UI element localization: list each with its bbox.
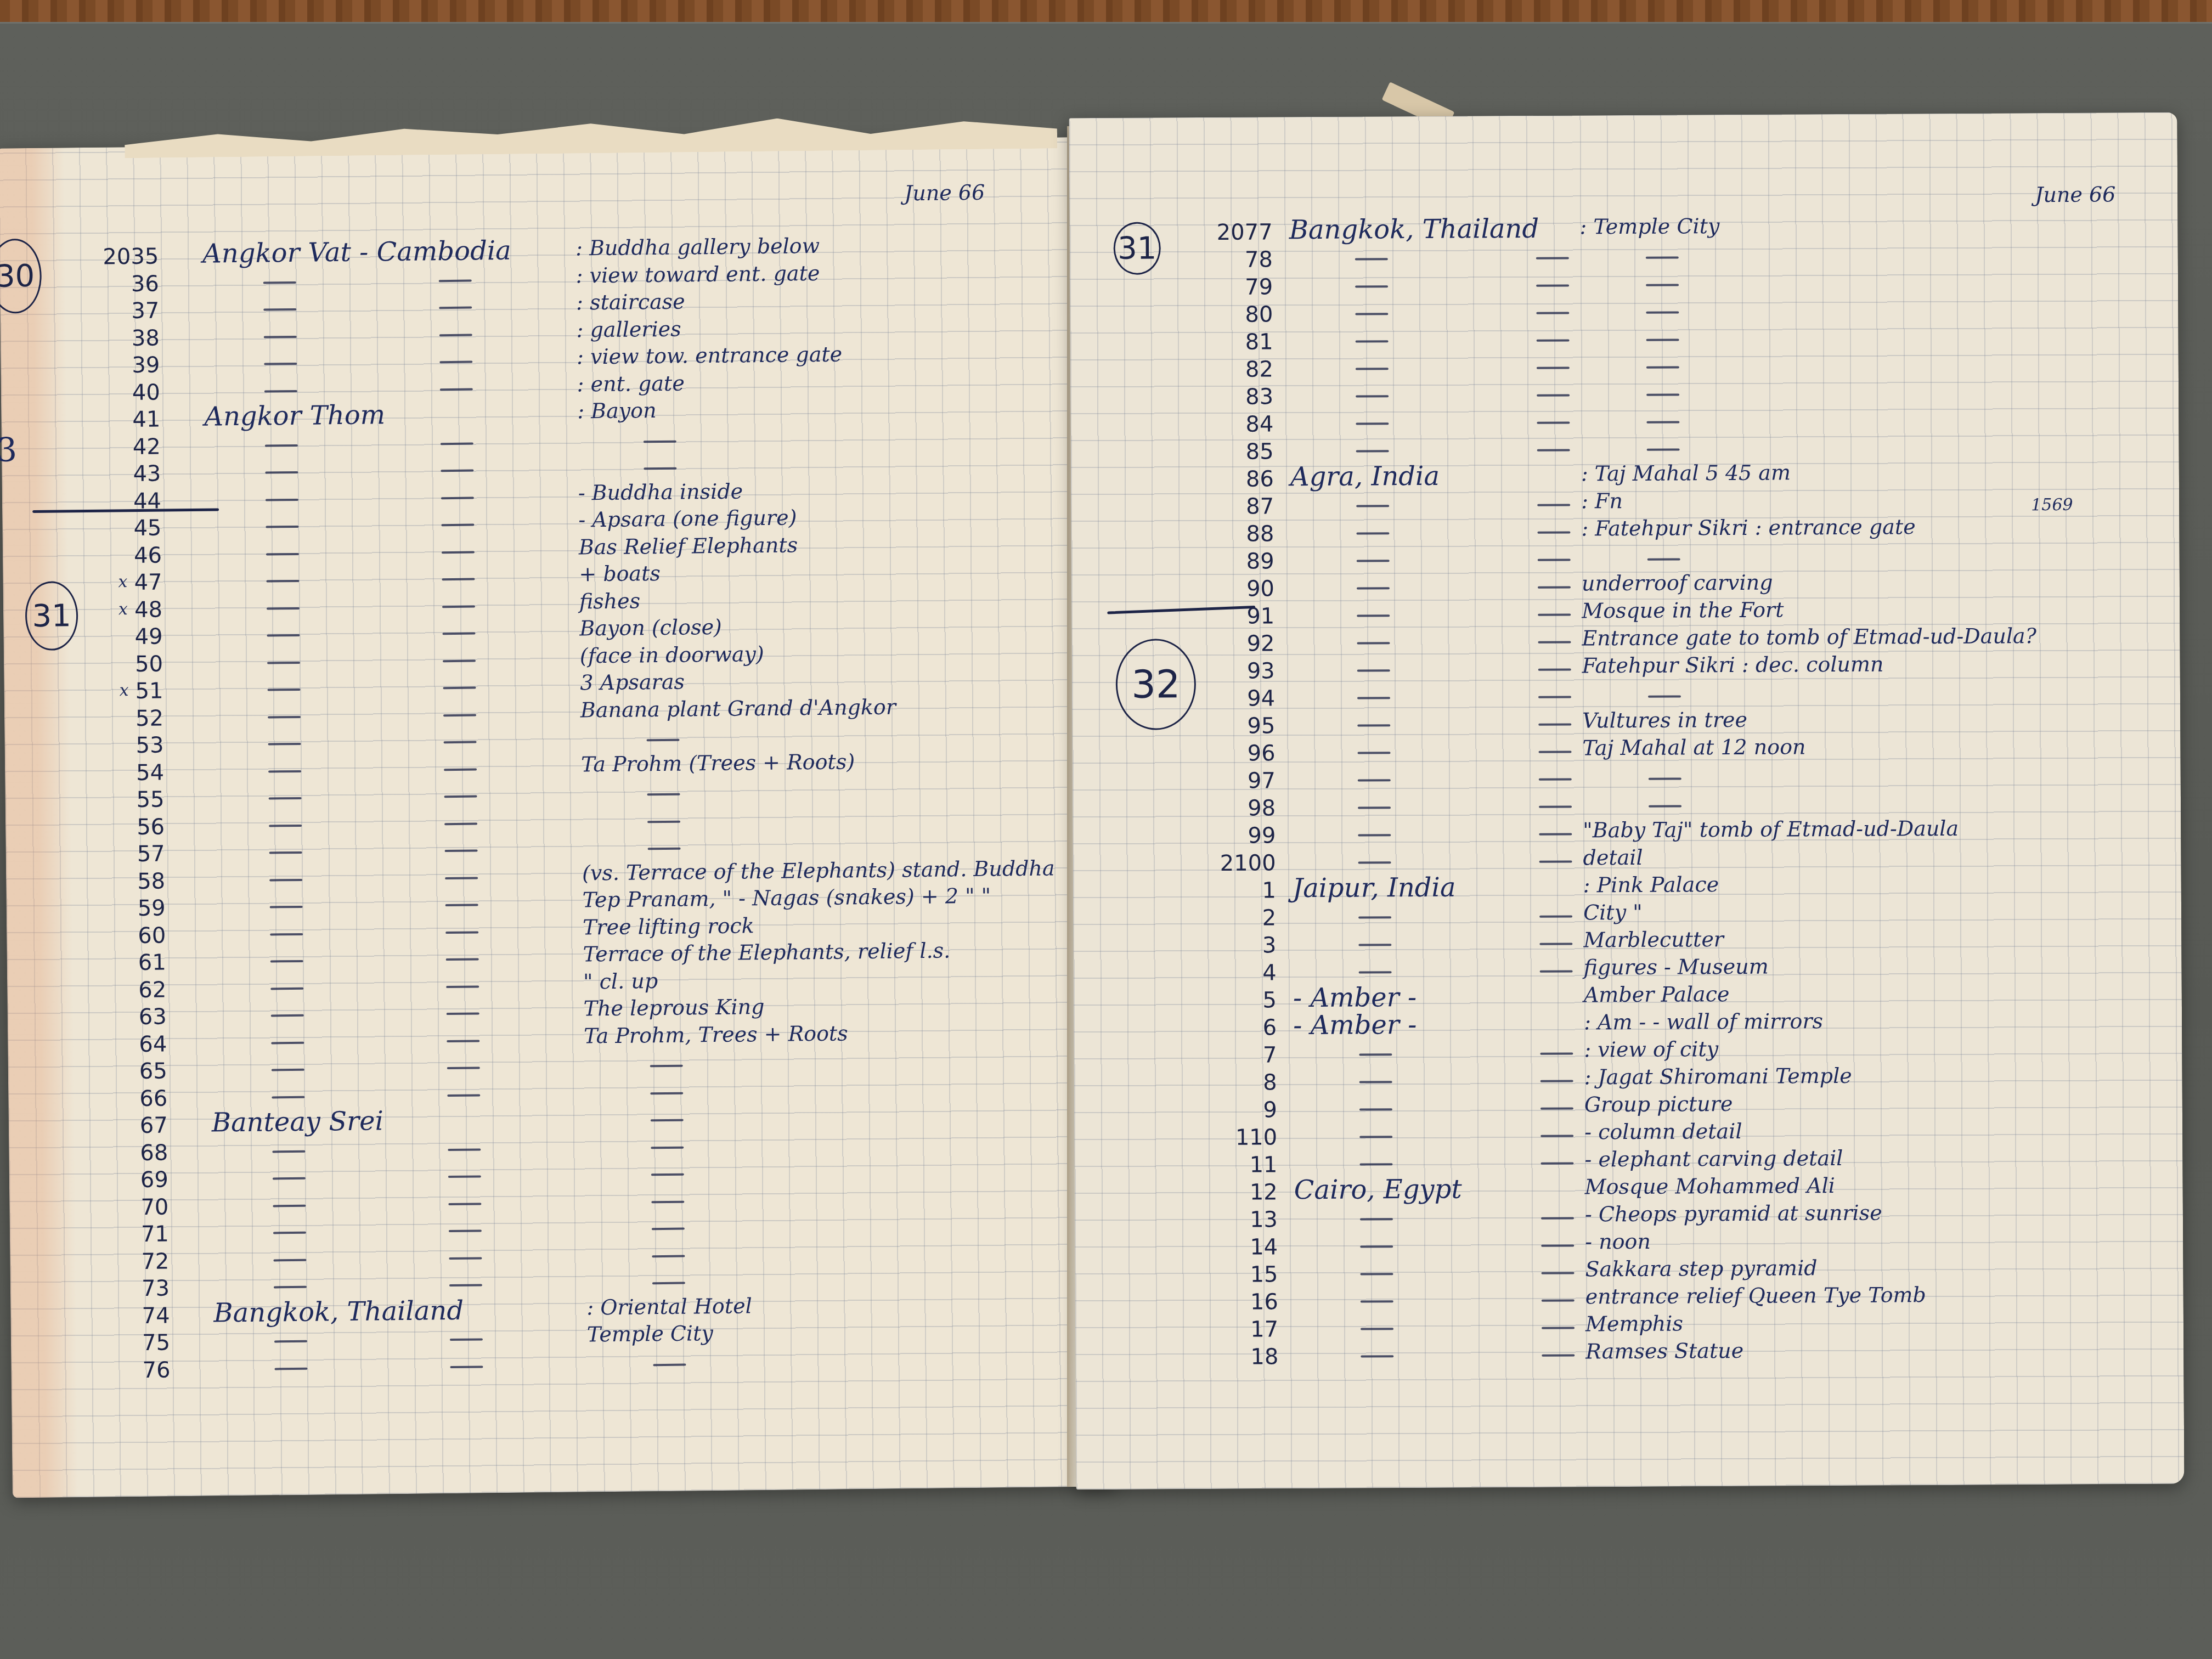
frame-number: 66 <box>101 1087 167 1110</box>
ditto-dash <box>1537 367 1570 369</box>
ditto-dash <box>1360 1218 1393 1220</box>
description: - elephant carving detail <box>1584 1148 1843 1170</box>
ditto-dash <box>441 470 473 472</box>
frame-number: 52 <box>98 707 163 730</box>
ditto-dash <box>269 824 302 827</box>
frame-number: 98 <box>1210 797 1276 820</box>
ditto-dash <box>1541 1108 1573 1110</box>
frame-number: 99 <box>1210 825 1276 847</box>
ditto-dash <box>445 877 478 879</box>
ditto-dash <box>1536 312 1569 314</box>
frame-number: 67 <box>102 1114 168 1137</box>
ditto-dash <box>266 526 298 528</box>
ditto-dash <box>1355 258 1388 260</box>
ditto-dash <box>1537 422 1570 424</box>
frame-number: 1 <box>1210 879 1276 902</box>
ditto-dash <box>446 958 479 961</box>
ditto-dash <box>651 1200 684 1203</box>
ditto-dash <box>266 552 299 555</box>
frame-number: 79 <box>1207 276 1273 298</box>
description: Taj Mahal at 12 noon <box>1582 736 1805 758</box>
description: : view tow. entrance gate <box>577 344 842 368</box>
frame-number: 42 <box>95 436 161 458</box>
ditto-dash <box>1541 1135 1573 1137</box>
ditto-dash <box>267 661 300 664</box>
description: : view of city <box>1584 1039 1718 1060</box>
ditto-dash <box>447 1094 480 1097</box>
ditto-dash <box>650 1092 683 1094</box>
ditto-dash <box>1542 1355 1575 1357</box>
roll-marker-30: 30 <box>0 239 42 314</box>
ditto-dash <box>1541 1080 1573 1082</box>
ditto-dash <box>1538 641 1571 644</box>
frame-number: 72 <box>103 1250 169 1273</box>
check-mark: x <box>119 601 128 618</box>
ditto-dash <box>264 390 297 392</box>
frame-number: 6 <box>1211 1017 1277 1039</box>
description: Ramses Statue <box>1585 1340 1743 1362</box>
description: - column detail <box>1584 1121 1742 1143</box>
ditto-dash <box>1537 504 1570 506</box>
ditto-dash <box>1539 806 1572 808</box>
ditto-dash <box>444 741 477 744</box>
ditto-dash <box>1538 724 1571 726</box>
frame-number: 91 <box>1209 605 1274 628</box>
ditto-dash <box>441 496 474 499</box>
ditto-dash <box>440 388 473 391</box>
frame-number: 85 <box>1208 441 1274 463</box>
ditto-dash <box>1649 805 1681 807</box>
ditto-dash <box>1646 393 1679 396</box>
frame-number: 82 <box>1207 358 1273 381</box>
ditto-dash <box>1356 422 1389 425</box>
ditto-dash <box>648 848 681 850</box>
location: Bangkok, Thailand <box>213 1297 464 1326</box>
frame-number: 78 <box>1207 249 1273 271</box>
frame-number: 92 <box>1209 633 1274 655</box>
description: : Buddha gallery below <box>575 235 820 259</box>
ditto-dash <box>651 1173 684 1176</box>
ditto-dash <box>273 1177 306 1180</box>
ditto-dash <box>270 960 303 963</box>
ditto-dash <box>1356 395 1389 397</box>
frame-number: 51 <box>97 680 163 703</box>
ditto-dash <box>270 987 303 990</box>
frame-number: 2077 <box>1206 221 1272 244</box>
ditto-dash <box>1360 1273 1393 1275</box>
ditto-dash <box>1537 340 1570 342</box>
ditto-dash <box>445 931 478 934</box>
frame-number: 83 <box>1207 386 1273 408</box>
ditto-dash <box>441 442 473 445</box>
ditto-dash <box>442 633 475 635</box>
ditto-dash <box>1646 284 1679 286</box>
check-mark: x <box>118 574 127 590</box>
ditto-dash <box>1536 257 1569 259</box>
margin-mark: 3 <box>0 433 17 466</box>
ditto-dash <box>1355 313 1388 315</box>
ditto-dash <box>1538 559 1571 561</box>
description: Mosque in the Fort <box>1582 599 1784 621</box>
description: detail <box>1583 847 1643 868</box>
description: " cl. up <box>583 970 658 992</box>
description: entrance relief Queen Tye Tomb <box>1585 1284 1926 1307</box>
frame-number: 36 <box>93 273 159 295</box>
ditto-dash <box>1537 449 1570 452</box>
frame-number: 8 <box>1211 1071 1277 1094</box>
ditto-dash <box>652 1228 685 1231</box>
description: Vultures in tree <box>1582 709 1747 731</box>
notebook-page-left: 30 3 31 June 66 2035Angkor Vat - Cambodi… <box>0 137 1115 1498</box>
frame-number: 56 <box>99 816 165 838</box>
frame-number: 63 <box>101 1006 167 1028</box>
frame-number: 76 <box>104 1359 170 1381</box>
description: Amber Palace <box>1584 984 1730 1005</box>
ditto-dash <box>266 580 299 583</box>
ditto-dash <box>445 850 478 853</box>
frame-number: 68 <box>102 1142 168 1164</box>
ditto-dash <box>445 904 478 907</box>
ditto-dash <box>1537 532 1570 534</box>
description: : view toward ent. gate <box>575 262 820 286</box>
ditto-dash <box>1357 669 1390 672</box>
description: Bas Relief Elephants <box>579 534 798 557</box>
description: : galleries <box>576 318 681 340</box>
ditto-dash <box>647 793 680 796</box>
ditto-dash <box>1357 697 1390 699</box>
ditto-dash <box>441 524 474 527</box>
frame-number: 55 <box>98 788 164 811</box>
ditto-dash <box>267 607 300 610</box>
frame-number: 38 <box>94 327 160 349</box>
location: Jaipur, India <box>1293 874 1456 902</box>
description: : Bayon <box>577 400 657 422</box>
ditto-dash <box>272 1150 305 1153</box>
ditto-dash <box>1646 338 1679 341</box>
ditto-dash <box>1537 394 1570 397</box>
description: Ta Prohm, Trees + Roots <box>584 1023 848 1046</box>
frame-number: 44 <box>95 490 161 512</box>
ditto-dash <box>1361 1355 1393 1357</box>
ditto-dash <box>1648 695 1681 697</box>
description: Mosque Mohammed Ali <box>1585 1175 1835 1197</box>
frame-number: 47 <box>96 572 162 594</box>
location: Angkor Vat - Cambodia <box>202 238 511 267</box>
ditto-dash <box>1540 1053 1573 1055</box>
ditto-dash <box>443 687 476 690</box>
frame-number: 64 <box>101 1033 167 1056</box>
ditto-dash <box>650 1065 683 1068</box>
description: underroof carving <box>1582 572 1773 594</box>
ditto-dash <box>1355 285 1388 287</box>
ditto-dash <box>651 1146 684 1149</box>
ditto-dash <box>1360 1245 1393 1248</box>
ditto-dash <box>270 906 303 909</box>
ditto-dash <box>1538 669 1571 671</box>
ditto-dash <box>1649 777 1681 780</box>
description: : Jagat Shiromani Temple <box>1584 1065 1852 1088</box>
margin-note: 1569 <box>2031 497 2073 513</box>
ditto-dash <box>1357 560 1390 562</box>
ditto-dash <box>1361 1300 1393 1302</box>
description: Marblecutter <box>1583 929 1724 950</box>
description: + boats <box>579 563 661 585</box>
ditto-dash <box>1358 944 1391 946</box>
ditto-dash <box>449 1229 482 1232</box>
description: "Baby Taj" tomb of Etmad-ud-Daula <box>1583 818 1959 841</box>
frame-number: 95 <box>1209 715 1275 737</box>
ditto-dash <box>448 1203 481 1205</box>
page-date: June 66 <box>904 182 985 204</box>
frame-number: 37 <box>93 300 159 323</box>
ditto-dash <box>264 335 297 338</box>
description: figures - Museum <box>1583 956 1768 978</box>
ditto-dash <box>1356 368 1389 370</box>
frame-number: 96 <box>1209 742 1275 765</box>
ditto-dash <box>1646 366 1679 368</box>
ditto-dash <box>448 1148 481 1151</box>
ditto-dash <box>263 281 296 284</box>
ditto-dash <box>1541 1272 1574 1274</box>
ditto-dash <box>269 878 302 881</box>
frame-number: 3 <box>1210 934 1276 957</box>
description: Group picture <box>1584 1093 1733 1115</box>
location: - Amber - <box>1293 1012 1417 1039</box>
frame-number: 65 <box>101 1060 167 1082</box>
ditto-dash <box>1356 532 1389 534</box>
frame-number: 12 <box>1212 1181 1278 1204</box>
ditto-dash <box>1358 834 1391 836</box>
location: Angkor Thom <box>204 402 385 430</box>
frame-number: 59 <box>99 897 165 919</box>
ditto-dash <box>1542 1327 1575 1329</box>
description: Banana plant Grand d'Angkor <box>580 696 896 720</box>
frame-number: 40 <box>94 381 160 404</box>
description: Tep Pranam, " - Nagas (snakes) + 2 " " <box>582 885 991 911</box>
frame-number: 58 <box>99 870 165 893</box>
ditto-dash <box>442 605 475 608</box>
ditto-dash <box>447 1066 480 1069</box>
frame-number: 43 <box>95 463 161 486</box>
ditto-dash <box>1358 916 1391 918</box>
ditto-dash <box>447 1040 479 1042</box>
ditto-dash <box>1539 778 1572 781</box>
ditto-dash <box>268 770 301 772</box>
ditto-dash <box>1538 696 1571 698</box>
description: Ta Prohm (Trees + Roots) <box>581 751 855 775</box>
ditto-dash <box>449 1284 482 1286</box>
ditto-dash <box>446 985 479 988</box>
ditto-dash <box>265 471 298 474</box>
description: Terrace of the Elephants, relief l.s. <box>583 940 950 965</box>
ditto-dash <box>266 498 298 501</box>
description: : Taj Mahal 5 45 am <box>1581 462 1791 484</box>
ditto-dash <box>1358 752 1391 754</box>
ditto-dash <box>1359 1053 1392 1056</box>
frame-number: 74 <box>104 1305 170 1327</box>
ditto-dash <box>1356 505 1389 507</box>
frame-number: 45 <box>95 517 161 540</box>
location: Agra, India <box>1290 463 1440 490</box>
frame-number: 50 <box>97 653 163 675</box>
frame-number: 4 <box>1211 962 1277 984</box>
ditto-dash <box>274 1340 307 1343</box>
ditto-dash <box>1358 806 1391 809</box>
description: Sakkara step pyramid <box>1585 1257 1817 1279</box>
frame-number: 97 <box>1210 770 1276 792</box>
ditto-dash <box>269 851 302 854</box>
frame-number: 49 <box>97 626 162 648</box>
frame-number: 93 <box>1209 660 1275 682</box>
frame-number: 87 <box>1208 495 1274 518</box>
roll-marker-32: 32 <box>1115 639 1196 730</box>
ditto-dash <box>272 1096 304 1098</box>
description: fishes <box>579 590 641 612</box>
frame-number: 81 <box>1207 331 1273 353</box>
location: Cairo, Egypt <box>1294 1176 1462 1204</box>
ditto-dash <box>647 820 680 823</box>
frame-number: 54 <box>98 761 164 784</box>
ditto-dash <box>1359 1108 1392 1110</box>
ditto-dash <box>647 739 680 742</box>
description: : Oriental Hotel <box>586 1295 752 1318</box>
ditto-dash <box>644 440 676 443</box>
frame-number: 48 <box>97 599 162 621</box>
frame-number: 18 <box>1212 1346 1278 1368</box>
ditto-dash <box>439 361 472 364</box>
ditto-dash <box>1357 724 1390 726</box>
frame-number: 89 <box>1209 550 1274 573</box>
roll-marker-31: 31 <box>1113 222 1161 274</box>
ditto-dash <box>265 444 298 447</box>
ditto-dash <box>450 1365 483 1368</box>
ditto-dash <box>443 659 476 662</box>
ditto-dash <box>447 1012 479 1015</box>
description: (vs. Terrace of the Elephants) stand. Bu… <box>582 857 1055 883</box>
ditto-dash <box>273 1232 306 1234</box>
frame-number: 110 <box>1211 1126 1277 1149</box>
ditto-dash <box>1542 1300 1575 1302</box>
ditto-dash <box>1357 642 1390 644</box>
ditto-dash <box>1539 833 1572 836</box>
frame-number: 2 <box>1210 907 1276 929</box>
ditto-dash <box>1536 285 1569 287</box>
ditto-dash <box>439 279 472 282</box>
frame-number: 61 <box>100 951 166 974</box>
ditto-dash <box>1646 256 1679 258</box>
frame-number: 80 <box>1207 303 1273 326</box>
ditto-dash <box>274 1286 307 1289</box>
frame-number: 16 <box>1212 1291 1278 1313</box>
frame-number: 62 <box>100 979 166 1001</box>
page-date: June 66 <box>2035 184 2115 205</box>
ditto-dash <box>273 1259 306 1261</box>
ditto-dash <box>652 1255 685 1257</box>
ditto-dash <box>1538 614 1571 616</box>
ditto-dash <box>651 1119 684 1122</box>
description: Tree lifting rock <box>583 915 754 938</box>
frame-number: 94 <box>1209 687 1275 710</box>
roll-marker-31: 31 <box>25 581 78 651</box>
frame-number: 7 <box>1211 1044 1277 1066</box>
ditto-dash <box>269 797 302 800</box>
ditto-dash <box>1359 1136 1392 1138</box>
frame-number: 60 <box>100 924 166 947</box>
description: : Am - - wall of mirrors <box>1584 1011 1823 1032</box>
ditto-dash <box>1540 970 1573 973</box>
ditto-dash <box>1359 971 1392 973</box>
ditto-dash <box>444 795 477 798</box>
ditto-dash <box>652 1282 685 1285</box>
ditto-dash <box>1647 558 1680 560</box>
ditto-dash <box>1357 587 1390 589</box>
frame-number: 73 <box>104 1277 170 1300</box>
frame-number: 41 <box>94 409 160 431</box>
description: : Fn <box>1581 490 1623 511</box>
check-mark: x <box>119 682 128 699</box>
description: - noon <box>1585 1231 1651 1252</box>
ditto-dash <box>1539 751 1572 753</box>
ditto-dash <box>264 363 297 365</box>
ditto-dash <box>450 1338 483 1341</box>
frame-number: 9 <box>1211 1099 1277 1121</box>
frame-number: 2100 <box>1210 852 1276 874</box>
description: Bayon (close) <box>579 617 722 639</box>
description: (face in doorway) <box>580 644 764 667</box>
ditto-dash <box>1538 586 1571 589</box>
frame-number: 15 <box>1212 1263 1278 1286</box>
ditto-dash <box>263 308 296 311</box>
description: Memphis <box>1585 1313 1683 1334</box>
ditto-dash <box>444 822 477 825</box>
ditto-dash <box>268 689 301 691</box>
ditto-dash <box>1358 779 1391 781</box>
ditto-dash <box>1356 340 1389 342</box>
ditto-dash <box>1541 1163 1573 1165</box>
ditto-dash <box>443 714 476 716</box>
description: City " <box>1583 902 1643 923</box>
ditto-dash <box>448 1175 481 1178</box>
frame-number: 71 <box>103 1223 169 1245</box>
description: Fatehpur Sikri : dec. column <box>1582 654 1884 676</box>
ditto-dash <box>274 1367 307 1370</box>
frame-number: 46 <box>96 544 162 567</box>
ditto-dash <box>272 1069 304 1071</box>
ditto-dash <box>1646 421 1679 423</box>
ditto-dash <box>1646 311 1679 313</box>
frame-number: 70 <box>103 1196 168 1218</box>
description: : Temple City <box>1579 216 1719 237</box>
ditto-dash <box>1356 450 1389 452</box>
frame-number: 86 <box>1208 468 1274 490</box>
ditto-dash <box>267 634 300 637</box>
description: Entrance gate to tomb of Etmad-ud-Daula? <box>1582 625 2036 648</box>
ditto-dash <box>449 1257 482 1260</box>
ditto-dash <box>644 467 676 470</box>
frame-number: 90 <box>1209 578 1274 600</box>
frame-number: 2035 <box>93 246 159 268</box>
description: - Apsara (one figure) <box>578 507 797 530</box>
ditto-dash <box>1539 916 1572 918</box>
frame-number: 17 <box>1212 1318 1278 1341</box>
frame-number: 13 <box>1212 1209 1278 1231</box>
frame-number: 75 <box>104 1331 170 1354</box>
description: - Cheops pyramid at sunrise <box>1585 1203 1882 1225</box>
description: : ent. gate <box>577 373 685 394</box>
ditto-dash <box>268 715 301 718</box>
ditto-dash <box>271 1014 304 1017</box>
ditto-dash <box>442 551 475 554</box>
